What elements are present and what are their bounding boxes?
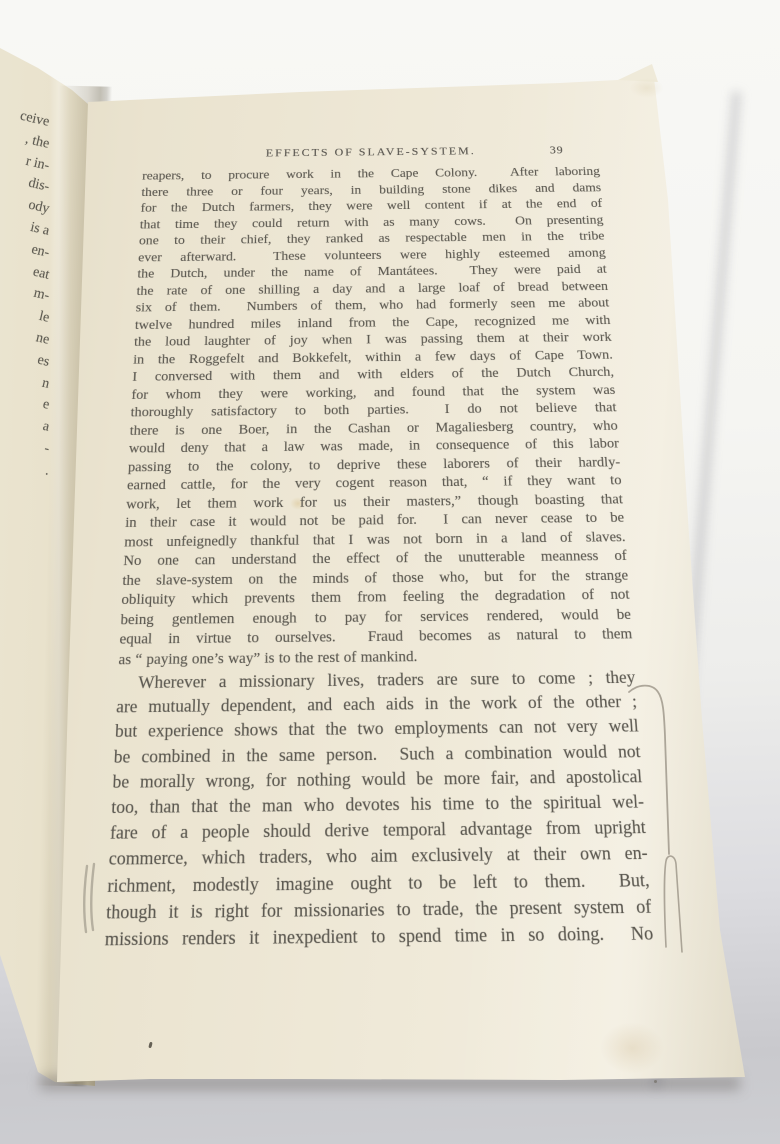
- running-head-title: EFFECTS OF SLAVE-SYSTEM.: [266, 145, 476, 159]
- ink-speck: [654, 1080, 657, 1083]
- printed-text-block: EFFECTS OF SLAVE-SYSTEM. 39 reapers, to …: [105, 143, 654, 942]
- page-number: 39: [549, 144, 563, 157]
- text-line: missions renders it inexpedient to spend…: [104, 920, 654, 953]
- paragraph-block-2: Wherever a missionary lives, traders are…: [104, 665, 654, 953]
- book-photo: ceive, ther in-dis-odyis aen-eatm-lenees…: [0, 0, 780, 1144]
- facing-page-text-fragments: ceive, ther in-dis-odyis aen-eatm-lenees…: [2, 112, 49, 483]
- paper-stain: [630, 78, 664, 98]
- paragraph-block-1: reapers, to procure work in the Cape Col…: [118, 164, 634, 670]
- paper-stain: [600, 1022, 664, 1074]
